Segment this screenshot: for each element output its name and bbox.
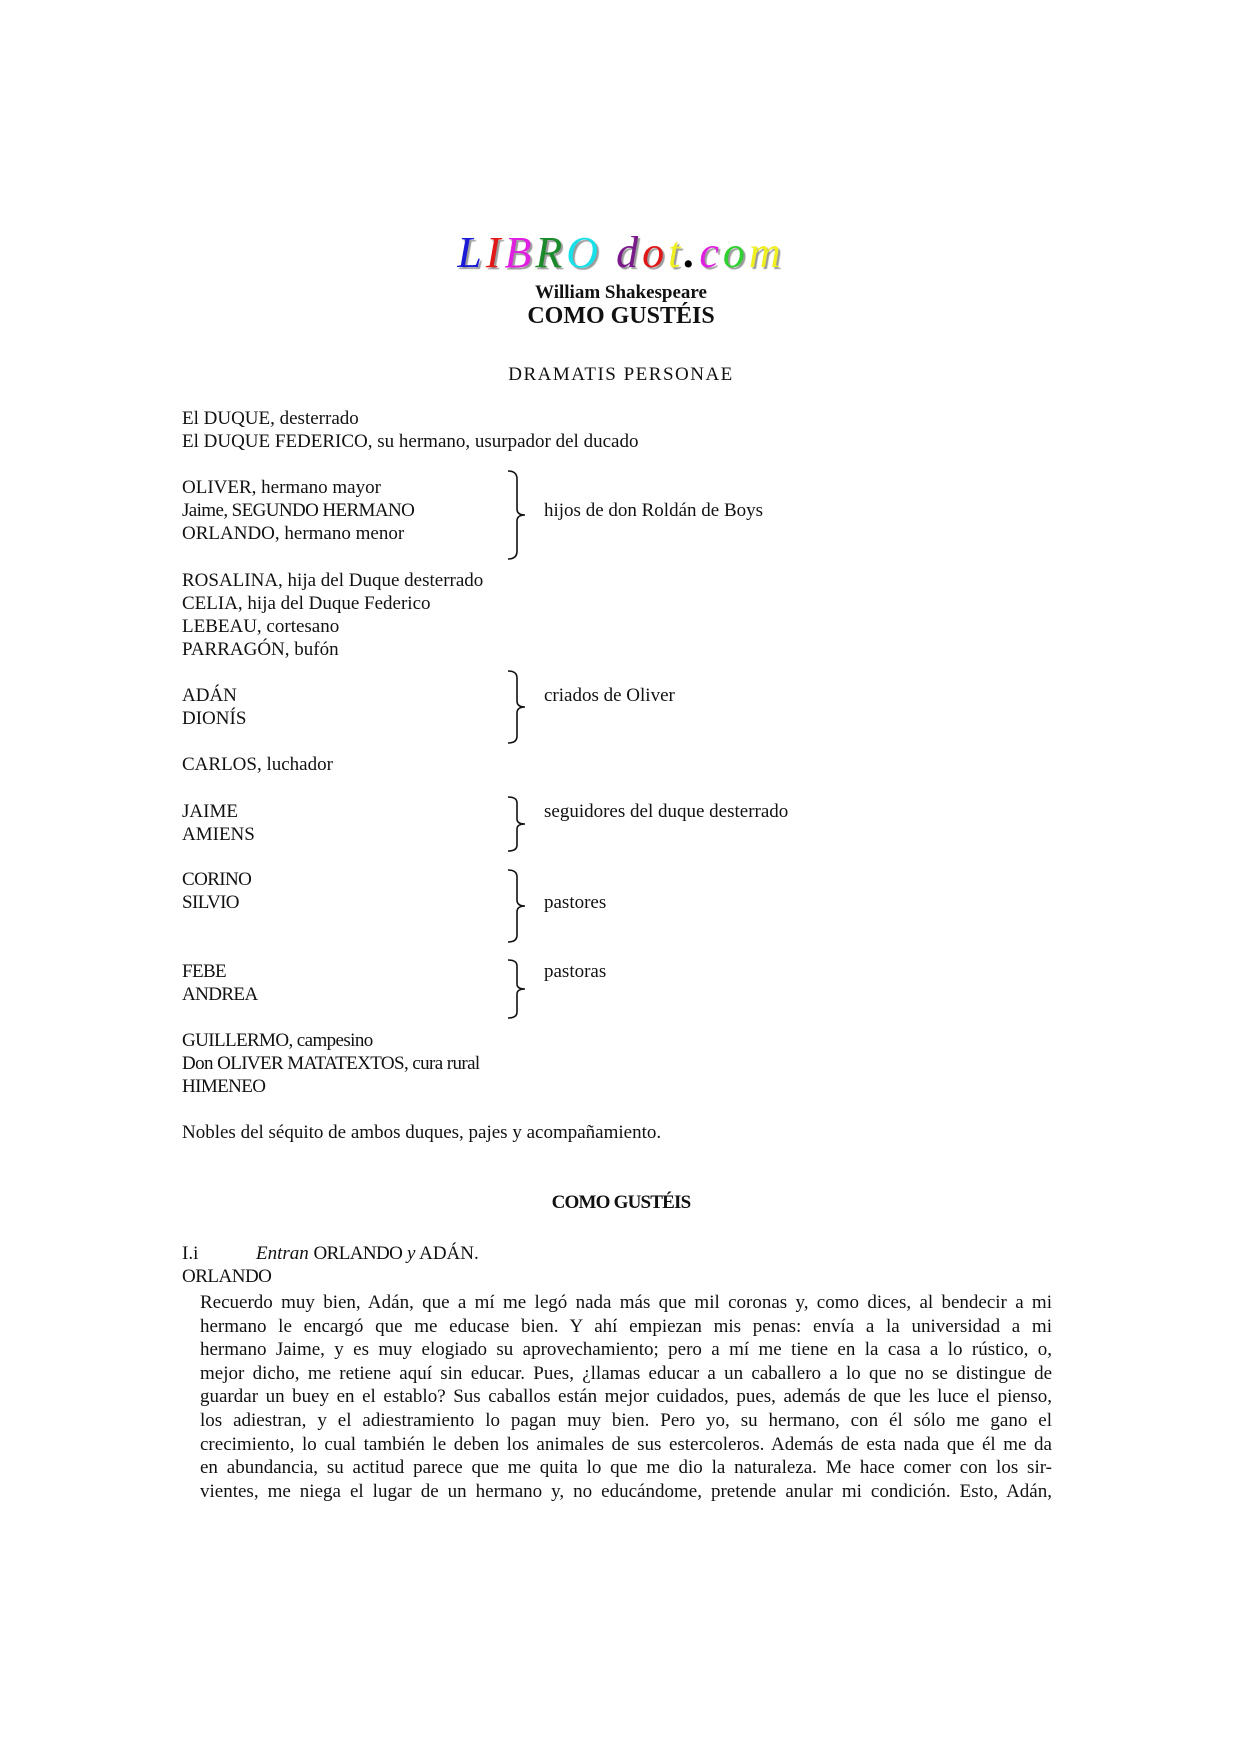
scene-heading: I.iEntran ORLANDO y ADÁN.	[182, 1243, 479, 1265]
logo-letter: c	[699, 228, 723, 277]
group-label: pastores	[544, 891, 606, 914]
speech-line: guardar un buey en el establo? Sus cabal…	[200, 1385, 1052, 1409]
speech-line: hermano le encargó que me educase bien. …	[200, 1315, 1052, 1339]
play-title: COMO GUSTÉIS	[0, 1192, 1242, 1214]
cast-entry: AMIENS	[182, 823, 255, 846]
cast-entry: ANDREA	[182, 983, 258, 1006]
cast-entry: OLIVER, hermano mayor	[182, 476, 381, 499]
cast-entry: PARRAGÓN, bufón	[182, 638, 339, 661]
dramatis-personae-heading: DRAMATIS PERSONAE	[0, 364, 1242, 386]
logo-letter: t	[668, 228, 684, 277]
speaker-name: ORLANDO	[182, 1266, 271, 1288]
speech-line: en abundancia, su actitud parece que me …	[200, 1456, 1052, 1480]
cast-entry: Don OLIVER MATATEXTOS, cura rural	[182, 1052, 480, 1075]
cast-entry: DIONÍS	[182, 707, 246, 730]
logo-letter: R	[535, 228, 566, 277]
nobles-note: Nobles del séquito de ambos duques, paje…	[182, 1121, 661, 1144]
speech-line: vientes, me niega el lugar de un hermano…	[200, 1480, 1052, 1504]
speech-line: mejor dicho, me retiene aquí sin educar.…	[200, 1362, 1052, 1386]
cast-entry: SILVIO	[182, 891, 239, 914]
speech-paragraph: Recuerdo muy bien, Adán, que a mí me leg…	[200, 1291, 1052, 1503]
speech-line: Recuerdo muy bien, Adán, que a mí me leg…	[200, 1291, 1052, 1315]
cast-entry: GUILLERMO, campesino	[182, 1029, 373, 1052]
cast-entry: LEBEAU, cortesano	[182, 615, 339, 638]
stage-direction-verb: Entran	[256, 1243, 309, 1264]
curly-brace-icon	[505, 469, 535, 561]
cast-entry: HIMENEO	[182, 1075, 265, 1098]
curly-brace-icon	[505, 958, 535, 1020]
cast-entry: CARLOS, luchador	[182, 753, 333, 776]
cast-entry: ROSALINA, hija del Duque desterrado	[182, 569, 483, 592]
group-label: pastoras	[544, 960, 606, 983]
speech-line: los adiestran, y el adiestramiento lo pa…	[200, 1409, 1052, 1433]
cast-entry: El DUQUE, desterrado	[182, 407, 359, 430]
logo-letter: L	[457, 228, 485, 277]
speech-line: crecimiento, lo cual también le deben lo…	[200, 1433, 1052, 1457]
cast-entry: ADÁN	[182, 684, 237, 707]
cast-entry: FEBE	[182, 960, 226, 983]
cast-entry: CORINO	[182, 868, 251, 891]
group-label: hijos de don Roldán de Boys	[544, 499, 763, 522]
curly-brace-icon	[505, 669, 535, 745]
stage-direction-name: ADÁN.	[419, 1243, 479, 1264]
cast-entry: Jaime, SEGUNDO HERMANO	[182, 499, 414, 522]
logo-letter: o	[642, 228, 668, 277]
cast-entry: El DUQUE FEDERICO, su hermano, usurpador…	[182, 430, 638, 453]
librodot-logo: LIBROdot.com	[0, 228, 1242, 278]
logo-letter: m	[749, 228, 785, 277]
logo-letter: I	[486, 228, 505, 277]
document-title: COMO GUSTÉIS	[0, 303, 1242, 330]
cast-entry: JAIME	[182, 800, 238, 823]
logo-letter: o	[723, 228, 749, 277]
group-label: criados de Oliver	[544, 684, 675, 707]
cast-entry: ORLANDO, hermano menor	[182, 522, 404, 545]
stage-direction-name: ORLANDO	[314, 1243, 403, 1264]
group-label: seguidores del duque desterrado	[544, 800, 788, 823]
logo-letter: O	[566, 228, 602, 277]
cast-entry: CELIA, hija del Duque Federico	[182, 592, 431, 615]
speech-line: hermano Jaime, y es muy elogiado su apro…	[200, 1338, 1052, 1362]
logo-letter: B	[505, 228, 536, 277]
curly-brace-icon	[505, 795, 535, 853]
stage-direction-conj: y	[407, 1243, 415, 1264]
scene-number: I.i	[182, 1243, 256, 1265]
author-name: William Shakespeare	[0, 282, 1242, 304]
logo-letter: .	[684, 228, 699, 277]
logo-letter: d	[616, 228, 642, 277]
curly-brace-icon	[505, 868, 535, 944]
